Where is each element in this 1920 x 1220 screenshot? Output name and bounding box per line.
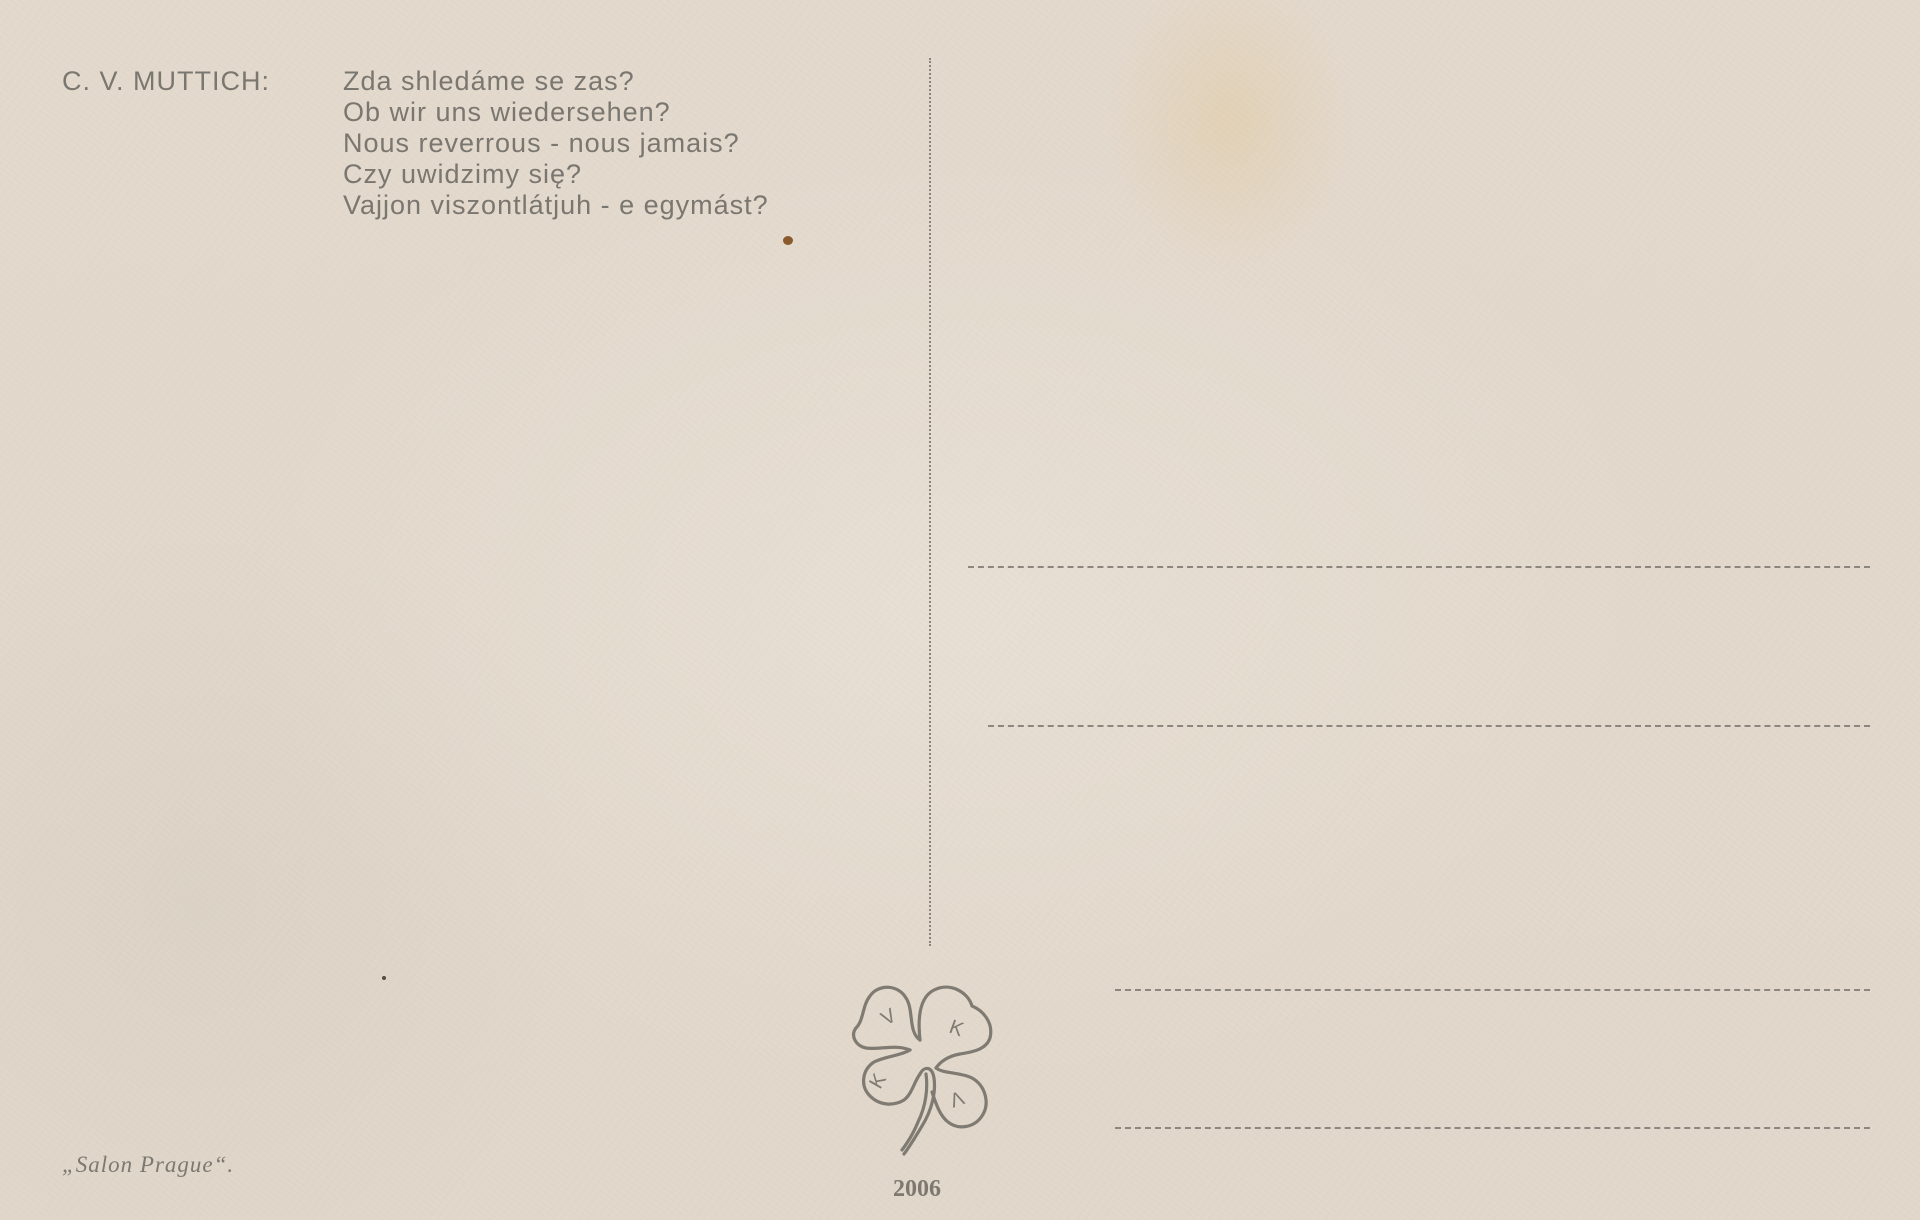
title-line-polish: Czy uwidzimy się?: [343, 159, 769, 190]
title-lines: Zda shledáme se zas? Ob wir uns wiederse…: [343, 66, 769, 221]
foxing-spot: [382, 976, 386, 980]
svg-text:V: V: [946, 1086, 967, 1111]
address-line-1: [968, 566, 1870, 568]
postcard-caption: C. V. MUTTICH: Zda shledáme se zas? Ob w…: [62, 66, 769, 221]
foxing-spot: [783, 236, 793, 245]
title-line-czech: Zda shledáme se zas?: [343, 66, 769, 97]
title-line-german: Ob wir uns wiedersehen?: [343, 97, 769, 128]
address-line-2: [988, 725, 1870, 727]
title-line-hungarian: Vajjon viszontlátjuh - e egymást?: [343, 190, 769, 221]
title-line-french: Nous reverrous - nous jamais?: [343, 128, 769, 159]
svg-text:K: K: [865, 1069, 891, 1092]
four-leaf-clover-icon: V K K V: [848, 970, 1008, 1160]
address-line-4: [1115, 1127, 1870, 1129]
message-address-divider: [929, 58, 931, 946]
publisher-series: „Salon Prague“.: [62, 1152, 234, 1178]
svg-text:V: V: [878, 1004, 901, 1030]
address-line-3: [1115, 989, 1870, 991]
card-number: 2006: [893, 1176, 941, 1203]
svg-text:K: K: [946, 1016, 967, 1041]
artist-name: C. V. MUTTICH:: [62, 66, 343, 221]
